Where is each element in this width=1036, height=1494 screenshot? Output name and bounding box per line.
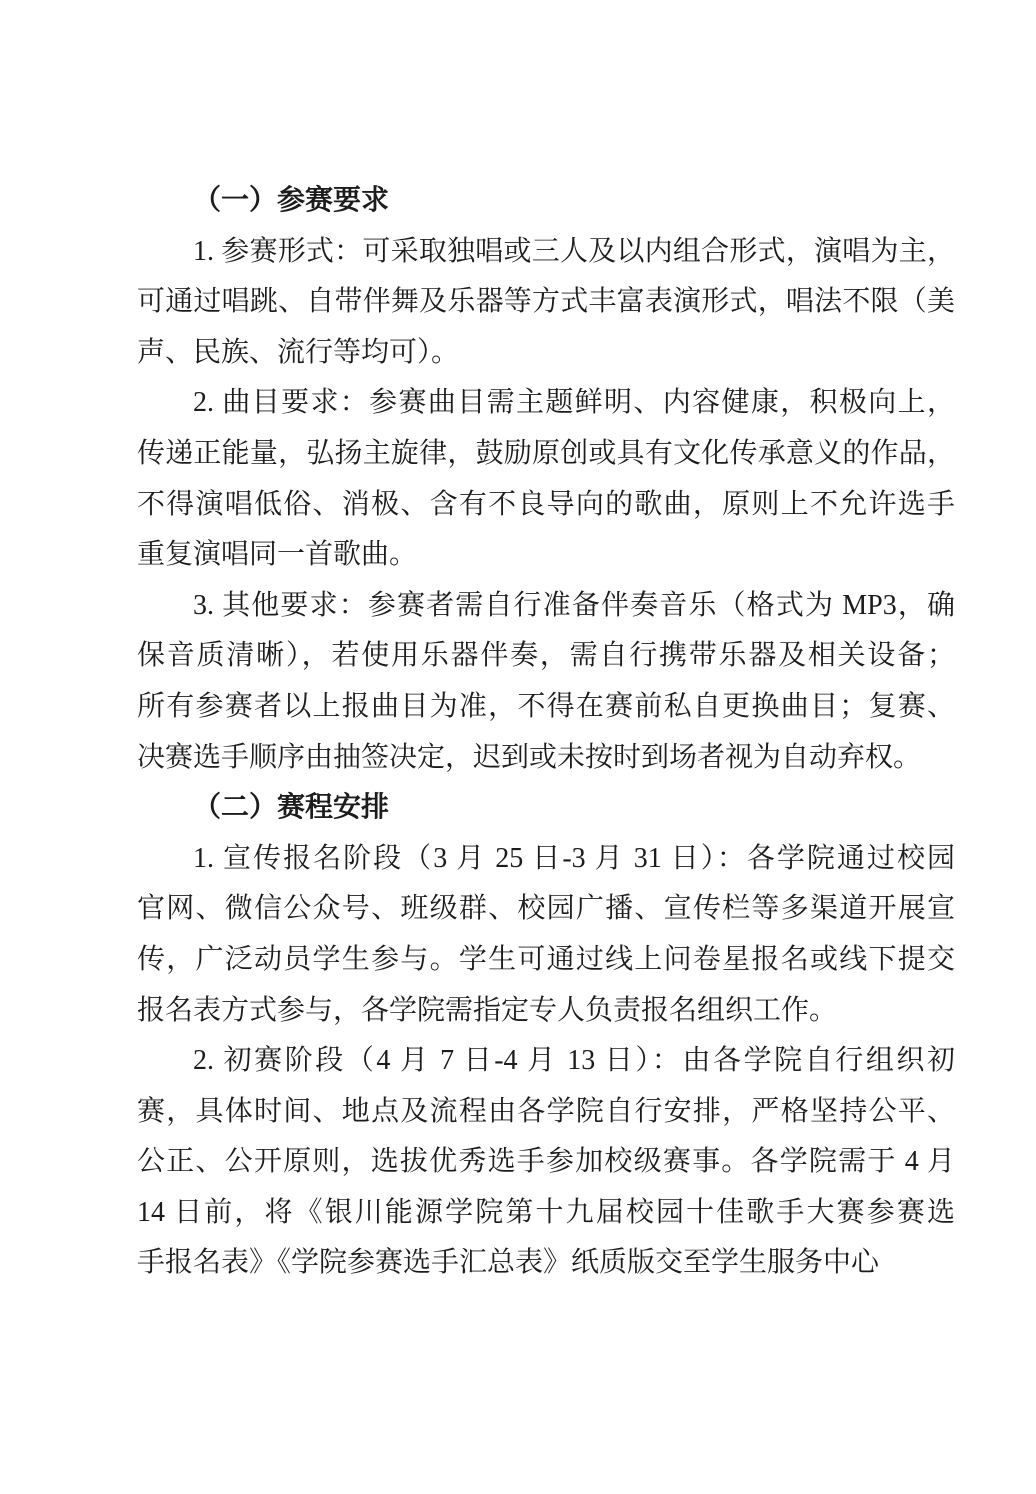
text-line: 2. 初赛阶段（4 月 7 日-4 月 13 日）：由各学院自行组织初 [137,1036,955,1087]
text-line: 公正、公开原则，选拔优秀选手参加校级赛事。各学院需于 4 月 [137,1137,955,1188]
text-line: 1. 宣传报名阶段（3 月 25 日-3 月 31 日）：各学院通过校园 [137,834,955,885]
text-line: 重复演唱同一首歌曲。 [137,530,955,581]
text-line: 保音质清晰），若使用乐器伴奏，需自行携带乐器及相关设备； [137,631,955,682]
section-heading-1: （一）参赛要求 [137,176,955,227]
text-line: 传递正能量，弘扬主旋律，鼓励原创或具有文化传承意义的作品， [137,429,955,480]
text-line: 赛，具体时间、地点及流程由各学院自行安排，严格坚持公平、 [137,1087,955,1138]
text-line: 手报名表》《学院参赛选手汇总表》纸质版交至学生服务中心 [137,1238,955,1289]
text-line: 声、民族、流行等均可）。 [137,328,955,379]
text-line: 决赛选手顺序由抽签决定，迟到或未按时到场者视为自动弃权。 [137,733,955,784]
text-line: 可通过唱跳、自带伴舞及乐器等方式丰富表演形式，唱法不限（美 [137,277,955,328]
text-line: 3. 其他要求：参赛者需自行准备伴奏音乐（格式为 MP3，确 [137,581,955,632]
text-line: 官网、微信公众号、班级群、校园广播、宣传栏等多渠道开展宣 [137,884,955,935]
text-line: 1. 参赛形式：可采取独唱或三人及以内组合形式，演唱为主， [137,227,955,278]
document-page: （一）参赛要求 1. 参赛形式：可采取独唱或三人及以内组合形式，演唱为主， 可通… [0,0,1036,1494]
document-text-block: （一）参赛要求 1. 参赛形式：可采取独唱或三人及以内组合形式，演唱为主， 可通… [137,176,955,1289]
section-heading-2: （二）赛程安排 [137,783,955,834]
text-line: 所有参赛者以上报曲目为准，不得在赛前私自更换曲目；复赛、 [137,682,955,733]
text-line: 14 日前，将《银川能源学院第十九届校园十佳歌手大赛参赛选 [137,1188,955,1239]
text-line: 2. 曲目要求：参赛曲目需主题鲜明、内容健康，积极向上， [137,378,955,429]
text-line: 传，广泛动员学生参与。学生可通过线上问卷星报名或线下提交 [137,935,955,986]
text-line: 不得演唱低俗、消极、含有不良导向的歌曲，原则上不允许选手 [137,480,955,531]
text-line: 报名表方式参与，各学院需指定专人负责报名组织工作。 [137,986,955,1037]
